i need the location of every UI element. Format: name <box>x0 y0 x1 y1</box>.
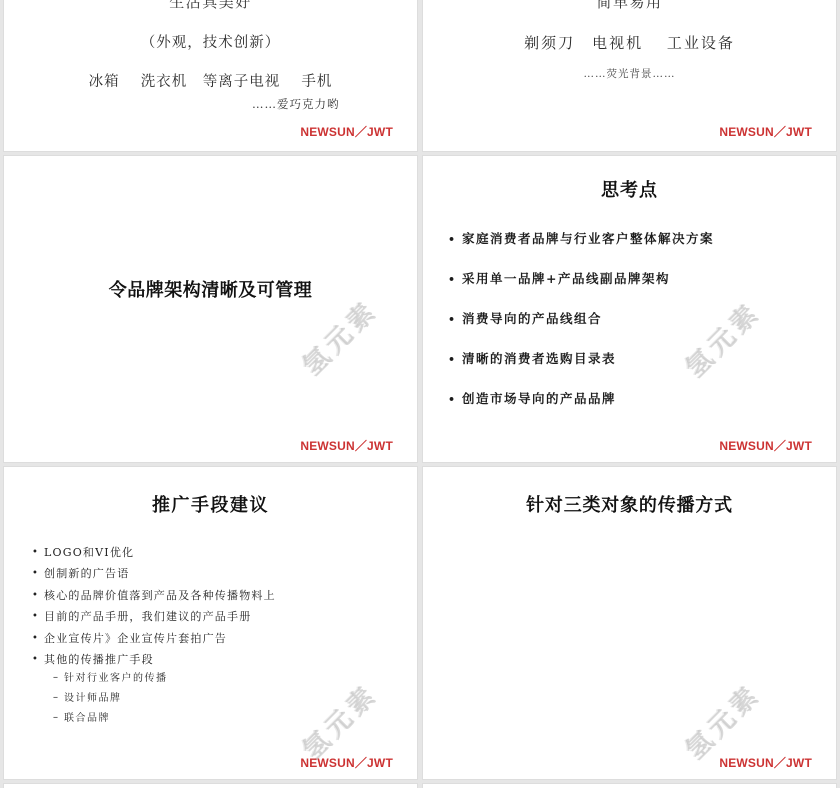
slide-thumbnail-4[interactable]: 思考点 家庭消费者品牌与行业客户整体解决方案 采用单一品牌+产品线副品牌架构 消… <box>423 156 836 462</box>
brand-logo: NEWSUN／JWT <box>300 126 393 138</box>
slide4-title: 思考点 <box>423 182 836 201</box>
brand-logo: NEWSUN／JWT <box>300 757 393 769</box>
bullet-item: 创造市场导向的产品品牌 <box>423 392 836 432</box>
slide-thumbnail-1[interactable]: 生活具美好 （外观，技术创新） 冰箱 洗衣机 等离子电视 手机 ……爱巧克力哟 … <box>4 0 417 151</box>
sub-bullet-item: 针对行业客户的传播 <box>4 673 417 693</box>
brand-logo: NEWSUN／JWT <box>300 440 393 452</box>
sub-bullet-item: 联合品牌 <box>4 713 417 733</box>
slide-thumbnail-6[interactable]: 针对三类对象的传播方式 氢元素 NEWSUN／JWT <box>423 467 836 779</box>
brand-logo: NEWSUN／JWT <box>719 757 812 769</box>
brand-logo: NEWSUN／JWT <box>719 126 812 138</box>
bullet-item: 清晰的消费者选购目录表 <box>423 352 836 392</box>
slide-thumbnail-7[interactable] <box>4 784 417 788</box>
bullet-item: 目前的产品手册，我们建议的产品手册 <box>4 611 417 632</box>
slide-sorter-board: 生活具美好 （外观，技术创新） 冰箱 洗衣机 等离子电视 手机 ……爱巧克力哟 … <box>0 0 840 788</box>
bullet-item: 创制新的广告语 <box>4 568 417 589</box>
slide1-heading: 生活具美好 <box>4 0 417 11</box>
slide6-title: 针对三类对象的传播方式 <box>423 497 836 516</box>
slide2-note: ……荧光背景…… <box>423 69 836 80</box>
slide1-products-line: 冰箱 洗衣机 等离子电视 手机 <box>4 75 417 90</box>
slide5-bullet-list: LOGO和VI优化 创制新的广告语 核心的品牌价值落到产品及各种传播物料上 目前… <box>4 547 417 675</box>
bullet-item: 企业宣传片》企业宣传片套拍广告 <box>4 633 417 654</box>
slide2-heading: 简单易用 <box>423 0 836 11</box>
slide-thumbnail-8[interactable] <box>423 784 836 788</box>
brand-logo: NEWSUN／JWT <box>719 440 812 452</box>
sub-bullet-item: 设计师品牌 <box>4 693 417 713</box>
bullet-item: 家庭消费者品牌与行业客户整体解决方案 <box>423 232 836 272</box>
slide1-note: ……爱巧克力哟 <box>252 98 340 110</box>
slide-thumbnail-2[interactable]: 简单易用 剃须刀 电视机 工业设备 ……荧光背景…… NEWSUN／JWT <box>423 0 836 151</box>
slide2-products-line: 剃须刀 电视机 工业设备 <box>423 36 836 52</box>
bullet-item: 消费导向的产品线组合 <box>423 312 836 352</box>
slide1-subline: （外观，技术创新） <box>4 36 417 51</box>
slide4-bullet-list: 家庭消费者品牌与行业客户整体解决方案 采用单一品牌+产品线副品牌架构 消费导向的… <box>423 232 836 432</box>
slide5-sub-bullet-list: 针对行业客户的传播 设计师品牌 联合品牌 <box>4 673 417 733</box>
slide-thumbnail-3[interactable]: 令品牌架构清晰及可管理 氢元素 NEWSUN／JWT <box>4 156 417 462</box>
bullet-item: LOGO和VI优化 <box>4 547 417 568</box>
bullet-item: 核心的品牌价值落到产品及各种传播物料上 <box>4 590 417 611</box>
slide3-title: 令品牌架构清晰及可管理 <box>4 282 417 301</box>
bullet-item: 采用单一品牌+产品线副品牌架构 <box>423 272 836 312</box>
slide-thumbnail-5[interactable]: 推广手段建议 LOGO和VI优化 创制新的广告语 核心的品牌价值落到产品及各种传… <box>4 467 417 779</box>
slide5-title: 推广手段建议 <box>4 497 417 516</box>
